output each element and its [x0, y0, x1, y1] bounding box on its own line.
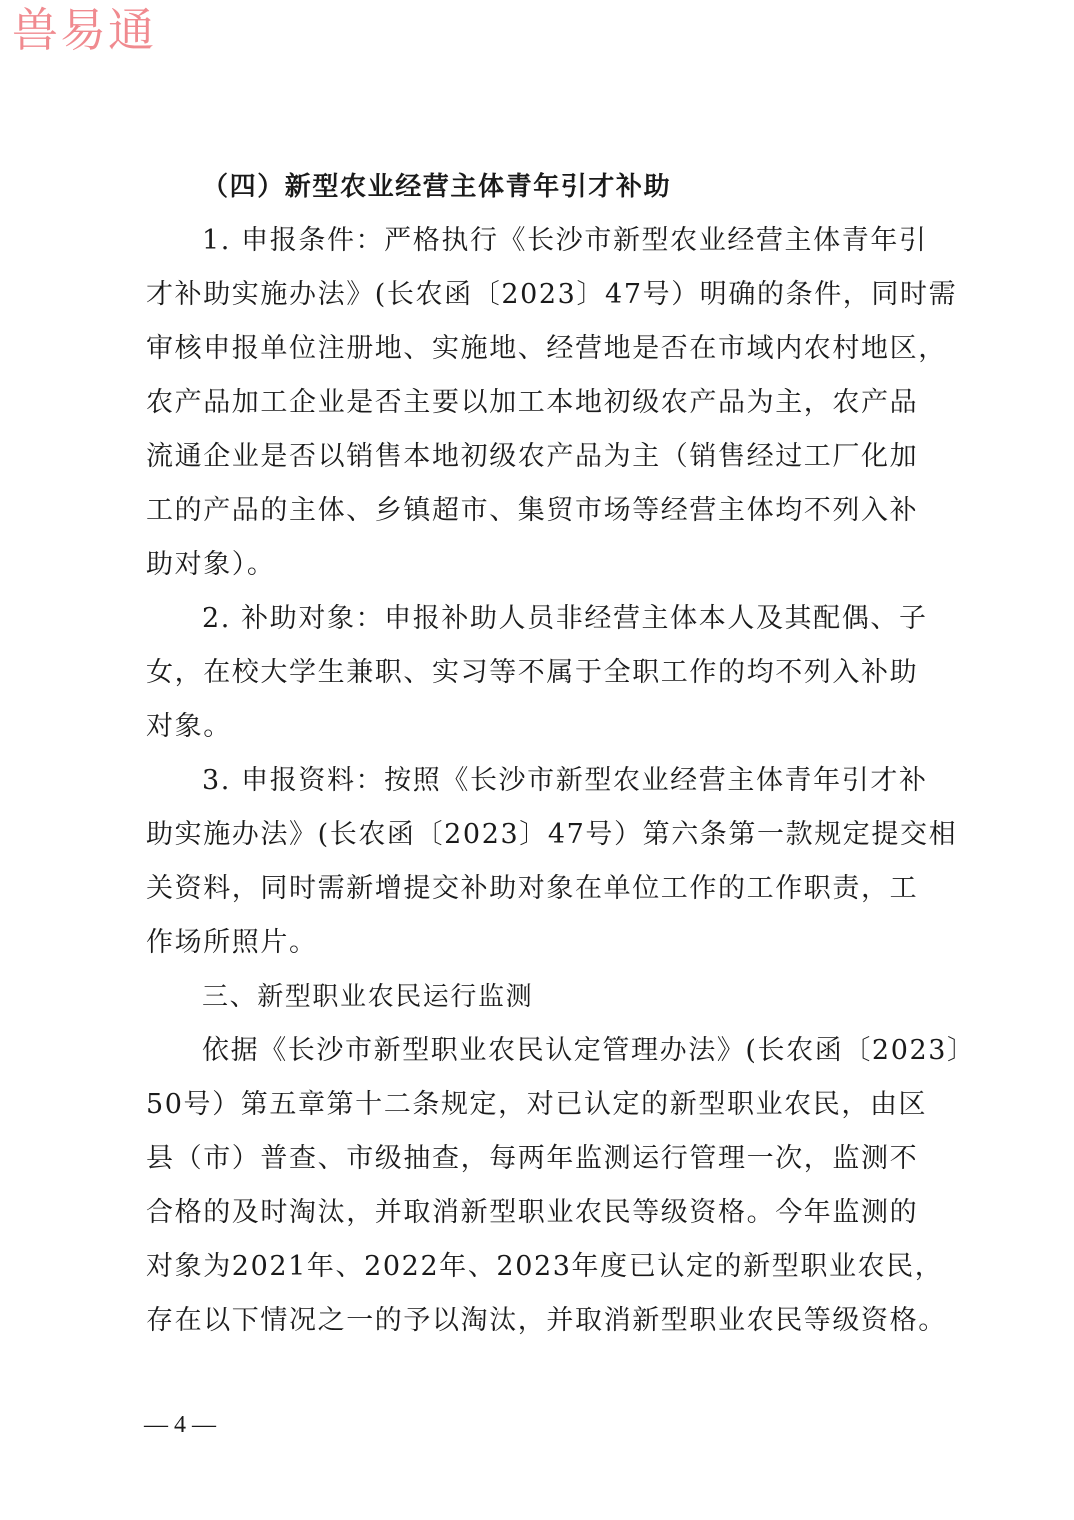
text-line: 依据《长沙市新型职业农民认定管理办法》(长农函〔2023〕	[146, 1024, 932, 1078]
section-heading-4: （四）新型农业经营主体青年引才补助	[146, 160, 932, 214]
text-line: 女，在校大学生兼职、实习等不属于全职工作的均不列入补助	[146, 646, 932, 700]
text-line: 合格的及时淘汰，并取消新型职业农民等级资格。今年监测的	[146, 1186, 932, 1240]
text-line: 流通企业是否以销售本地初级农产品为主（销售经过工厂化加	[146, 430, 932, 484]
text-line: 2. 补助对象：申报补助人员非经营主体本人及其配偶、子	[146, 592, 932, 646]
text-line: 存在以下情况之一的予以淘汰，并取消新型职业农民等级资格。	[146, 1294, 932, 1348]
section-heading-3: 三、新型职业农民运行监测	[146, 970, 932, 1024]
text-line: 工的产品的主体、乡镇超市、集贸市场等经营主体均不列入补	[146, 484, 932, 538]
text-line: 作场所照片。	[146, 916, 932, 970]
monitoring-paragraph: 依据《长沙市新型职业农民认定管理办法》(长农函〔2023〕 50号）第五章第十二…	[146, 1024, 932, 1348]
text-line: 对象。	[146, 700, 932, 754]
item-2-paragraph: 2. 补助对象：申报补助人员非经营主体本人及其配偶、子 女，在校大学生兼职、实习…	[146, 592, 932, 754]
text-line: 助对象）。	[146, 538, 932, 592]
text-line: 农产品加工企业是否主要以加工本地初级农产品为主，农产品	[146, 376, 932, 430]
text-line: 县（市）普查、市级抽查，每两年监测运行管理一次，监测不	[146, 1132, 932, 1186]
watermark: 兽易通	[12, 2, 156, 58]
text-line: 助实施办法》(长农函〔2023〕47号）第六条第一款规定提交相	[146, 808, 932, 862]
item-1-paragraph: 1. 申报条件：严格执行《长沙市新型农业经营主体青年引 才补助实施办法》(长农函…	[146, 214, 932, 592]
text-line: 对象为2021年、2022年、2023年度已认定的新型职业农民，	[146, 1240, 932, 1294]
text-line: 关资料，同时需新增提交补助对象在单位工作的工作职责，工	[146, 862, 932, 916]
text-line: 50号）第五章第十二条规定，对已认定的新型职业农民，由区	[146, 1078, 932, 1132]
text-line: 审核申报单位注册地、实施地、经营地是否在市域内农村地区，	[146, 322, 932, 376]
document-body: （四）新型农业经营主体青年引才补助 1. 申报条件：严格执行《长沙市新型农业经营…	[146, 160, 932, 1348]
text-line: 1. 申报条件：严格执行《长沙市新型农业经营主体青年引	[146, 214, 932, 268]
text-line: 才补助实施办法》(长农函〔2023〕47号）明确的条件，同时需	[146, 268, 932, 322]
item-3-paragraph: 3. 申报资料：按照《长沙市新型农业经营主体青年引才补 助实施办法》(长农函〔2…	[146, 754, 932, 970]
page-number: — 4 —	[144, 1410, 216, 1440]
text-line: 3. 申报资料：按照《长沙市新型农业经营主体青年引才补	[146, 754, 932, 808]
